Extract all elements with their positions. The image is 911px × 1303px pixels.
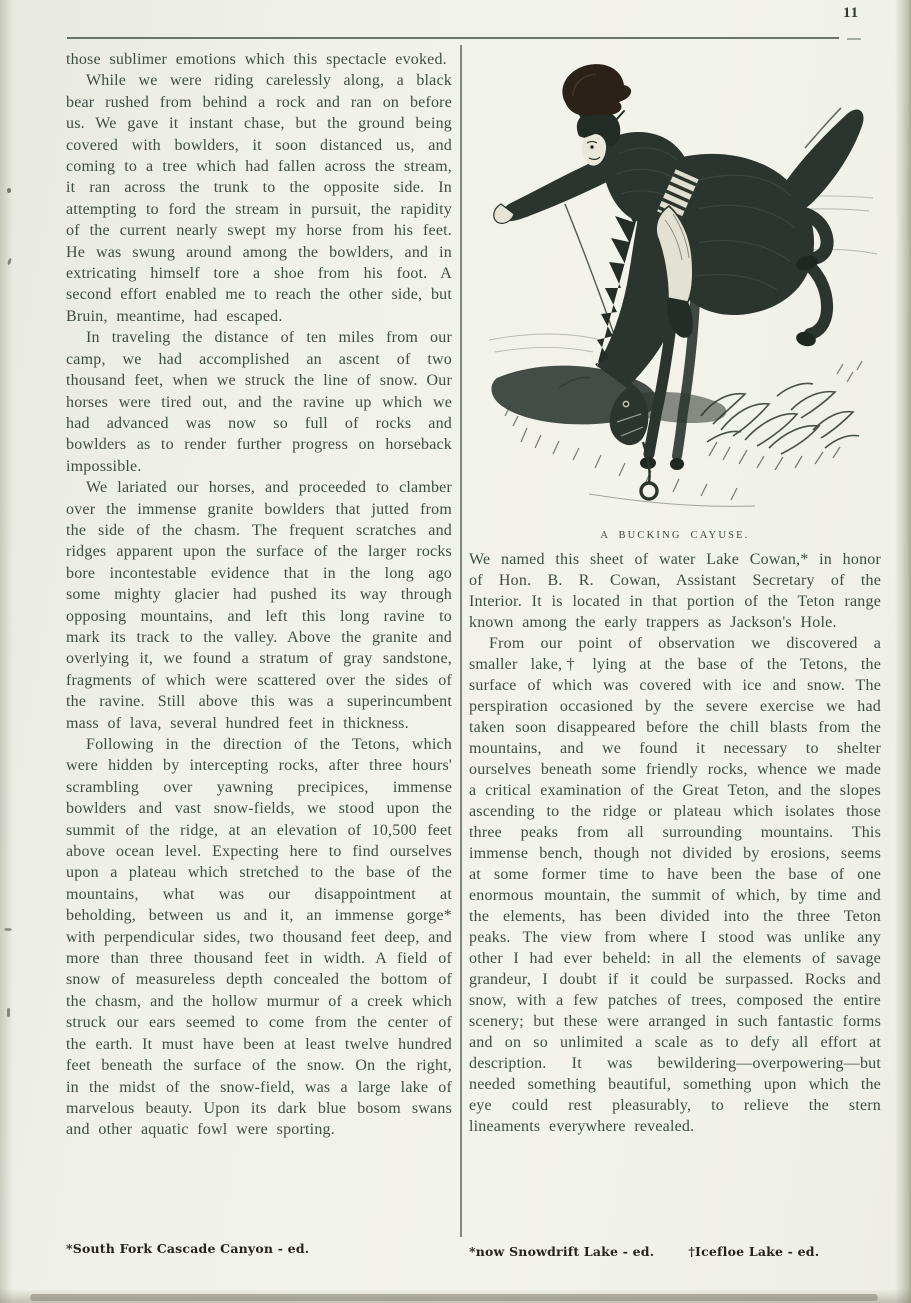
bucking-cayuse-illustration: A BUCKING CAYUSE. (469, 44, 881, 541)
paragraph: those sublimer emotions which this spect… (66, 49, 452, 70)
footnote: †Icefloe Lake - ed. (688, 1244, 819, 1259)
book-page: 11 those sublimer emotions which this sp… (0, 0, 911, 1303)
column-divider (460, 45, 462, 1237)
right-column: A BUCKING CAYUSE. We named this sheet of… (469, 44, 881, 1137)
paragraph: We named this sheet of water Lake Cowan,… (469, 549, 881, 633)
paragraph: In traveling the distance of ten miles f… (66, 327, 452, 477)
scan-speck (4, 928, 12, 931)
scan-bottom-band (30, 1294, 878, 1301)
scan-speck (7, 188, 11, 193)
top-rule (67, 37, 839, 39)
scan-edge-left (0, 0, 13, 1303)
illustration-caption: A BUCKING CAYUSE. (469, 530, 881, 541)
bucking-horse-engraving (469, 44, 881, 522)
left-column: those sublimer emotions which this spect… (66, 49, 452, 1141)
paragraph: While we were riding carelessly along, a… (66, 70, 452, 327)
page-number: 11 (843, 5, 859, 22)
scan-speck (7, 1008, 10, 1017)
footnote: *now Snowdrift Lake - ed. (469, 1244, 654, 1259)
left-column-footnote: *South Fork Cascade Canyon - ed. (66, 1241, 309, 1256)
scan-edge-right (895, 0, 911, 1303)
paragraph: From our point of observation we discove… (469, 633, 881, 1137)
top-rule-dash (847, 38, 861, 40)
right-column-footnotes: *now Snowdrift Lake - ed. †Icefloe Lake … (469, 1244, 819, 1259)
paragraph: Following in the direction of the Tetons… (66, 734, 452, 1141)
paragraph: We lariated our horses, and proceeded to… (66, 477, 452, 734)
